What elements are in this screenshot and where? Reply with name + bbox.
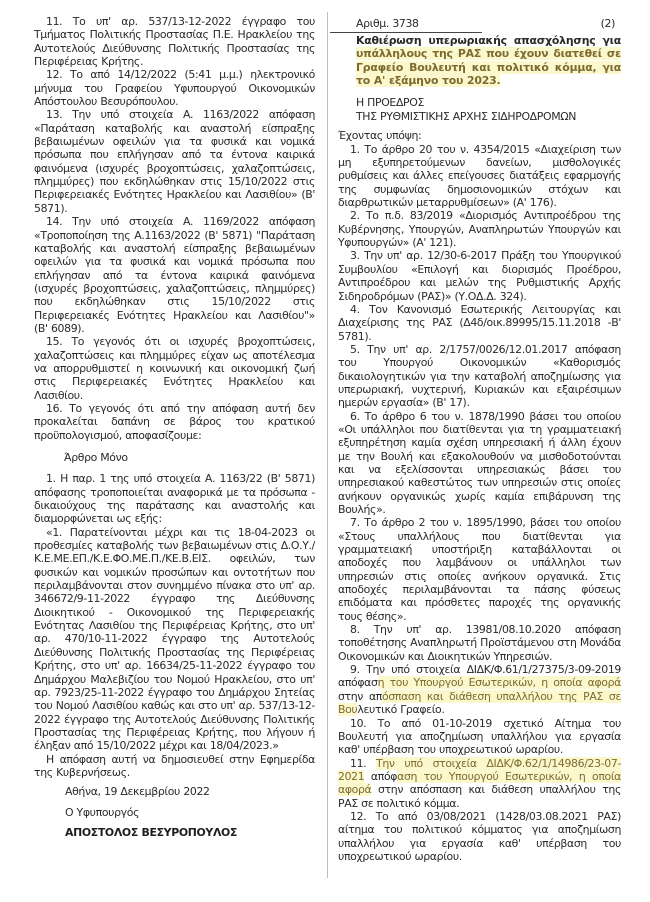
recital-12: 12. Το από 03/08/2021 (1428/03.08.2021 Ρ… bbox=[338, 810, 621, 863]
right-column: Αριθμ. 3738 (2) Καθιέρωση υπερωριακής απ… bbox=[338, 17, 621, 863]
article-amended-text: «1. Παρατείνονται μέχρι και τις 18-04-20… bbox=[34, 526, 315, 753]
recital-9-text: στην απ bbox=[338, 690, 382, 703]
signatory-role: Ο Υφυπουργός bbox=[65, 806, 315, 819]
recital-6: 6. Το άρθρο 6 του ν. 1878/1990 βάσει του… bbox=[338, 410, 621, 517]
decision-title: Καθιέρωση υπερωριακής απασχόλησης για υπ… bbox=[356, 34, 621, 87]
recital-15: 15. Το γεγονός ότι οι ισχυρές βροχοπτώσε… bbox=[34, 335, 315, 402]
left-column: 11. Το υπ' αρ. 537/13-12-2022 έγγραφο το… bbox=[34, 15, 315, 846]
header-rule bbox=[330, 32, 482, 33]
decision-header: Αριθμ. 3738 (2) bbox=[338, 17, 621, 30]
column-divider bbox=[327, 12, 328, 878]
authority-line-2: ΤΗΣ ΡΥΘΜΙΣΤΙΚΗΣ ΑΡΧΗΣ ΣΙΔΗΡΟΔΡΟΜΩΝ bbox=[356, 110, 621, 124]
recital-3: 3. Την υπ' αρ. 12/30-6-2017 Πράξη του Υπ… bbox=[338, 249, 621, 302]
recital-2: 2. Το π.δ. 83/2019 «Διορισμός Αντιπροέδρ… bbox=[338, 209, 621, 249]
recital-12: 12. Το από 14/12/2022 (5:41 μ.μ.) ηλεκτρ… bbox=[34, 68, 315, 108]
considering-intro: Έχοντας υπόψη: bbox=[338, 129, 621, 142]
decision-number: Αριθμ. 3738 bbox=[356, 17, 419, 30]
recital-1: 1. Το άρθρο 20 του ν. 4354/2015 «Διαχείρ… bbox=[338, 143, 621, 210]
recital-5: 5. Την υπ' αρ. 2/1757/0026/12.01.2017 απ… bbox=[338, 343, 621, 410]
recital-13: 13. Την υπό στοιχεία Α. 1163/2022 απόφασ… bbox=[34, 108, 315, 215]
issuing-authority: Η ΠΡΟΕΔΡΟΣ ΤΗΣ ΡΥΘΜΙΣΤΙΚΗΣ ΑΡΧΗΣ ΣΙΔΗΡΟΔ… bbox=[356, 96, 621, 123]
article-heading: Άρθρο Μόνο bbox=[64, 451, 315, 464]
authority-line-1: Η ΠΡΟΕΔΡΟΣ bbox=[356, 96, 621, 110]
recital-7: 7. Το άρθρο 2 του ν. 1895/1990, βάσει το… bbox=[338, 516, 621, 623]
recital-11: 11. Την υπό στοιχεία ΔΙΔΚ/Φ.62/1/14986/2… bbox=[338, 757, 621, 810]
recital-16: 16. Το γεγονός ότι από την απόφαση αυτή … bbox=[34, 402, 315, 442]
title-plain: Καθιέρωση υπερωριακής απασχόλησης για bbox=[356, 34, 621, 47]
place-date: Αθήνα, 19 Δεκεμβρίου 2022 bbox=[65, 785, 315, 798]
signature-block: Αθήνα, 19 Δεκεμβρίου 2022 Ο Υφυπουργός Α… bbox=[65, 785, 315, 839]
recital-9-text: λευτικό Γραφείο. bbox=[357, 703, 444, 716]
recital-11-text: απόφ bbox=[364, 770, 397, 783]
recital-11-number: 11. bbox=[350, 757, 376, 770]
article-paragraph-1: 1. Η παρ. 1 της υπό στοιχεία Α. 1163/22 … bbox=[34, 472, 315, 525]
title-highlighted: υπάλληλους της ΡΑΣ που έχουν διατεθεί σε… bbox=[356, 47, 621, 87]
recital-8: 8. Την υπ' αρ. 13981/08.10.2020 απόφαση … bbox=[338, 623, 621, 663]
page-ref: (2) bbox=[601, 17, 615, 30]
recital-4: 4. Τον Κανονισμό Εσωτερικής Λειτουργίας … bbox=[338, 303, 621, 343]
highlight-mark: η του Υπουργού Εσωτερικών, η οποία αφορά bbox=[378, 676, 621, 689]
recital-14: 14. Την υπό στοιχεία Α. 1169/2022 απόφασ… bbox=[34, 215, 315, 335]
recital-9: 9. Την υπό στοιχεία ΔΙΔΚ/Φ.61/1/27375/3-… bbox=[338, 663, 621, 716]
recital-11-text: στην απόσπαση και διάθεση υπαλλήλου της … bbox=[338, 783, 621, 809]
recital-11: 11. Το υπ' αρ. 537/13-12-2022 έγγραφο το… bbox=[34, 15, 315, 68]
recital-10: 10. Το από 01-10-2019 σχετικό Αίτημα του… bbox=[338, 717, 621, 757]
signatory-name: ΑΠΟΣΤΟΛΟΣ ΒΕΣΥΡΟΠΟΥΛΟΣ bbox=[65, 826, 315, 839]
publication-clause: Η απόφαση αυτή να δημοσιευθεί στην Εφημε… bbox=[34, 753, 315, 780]
